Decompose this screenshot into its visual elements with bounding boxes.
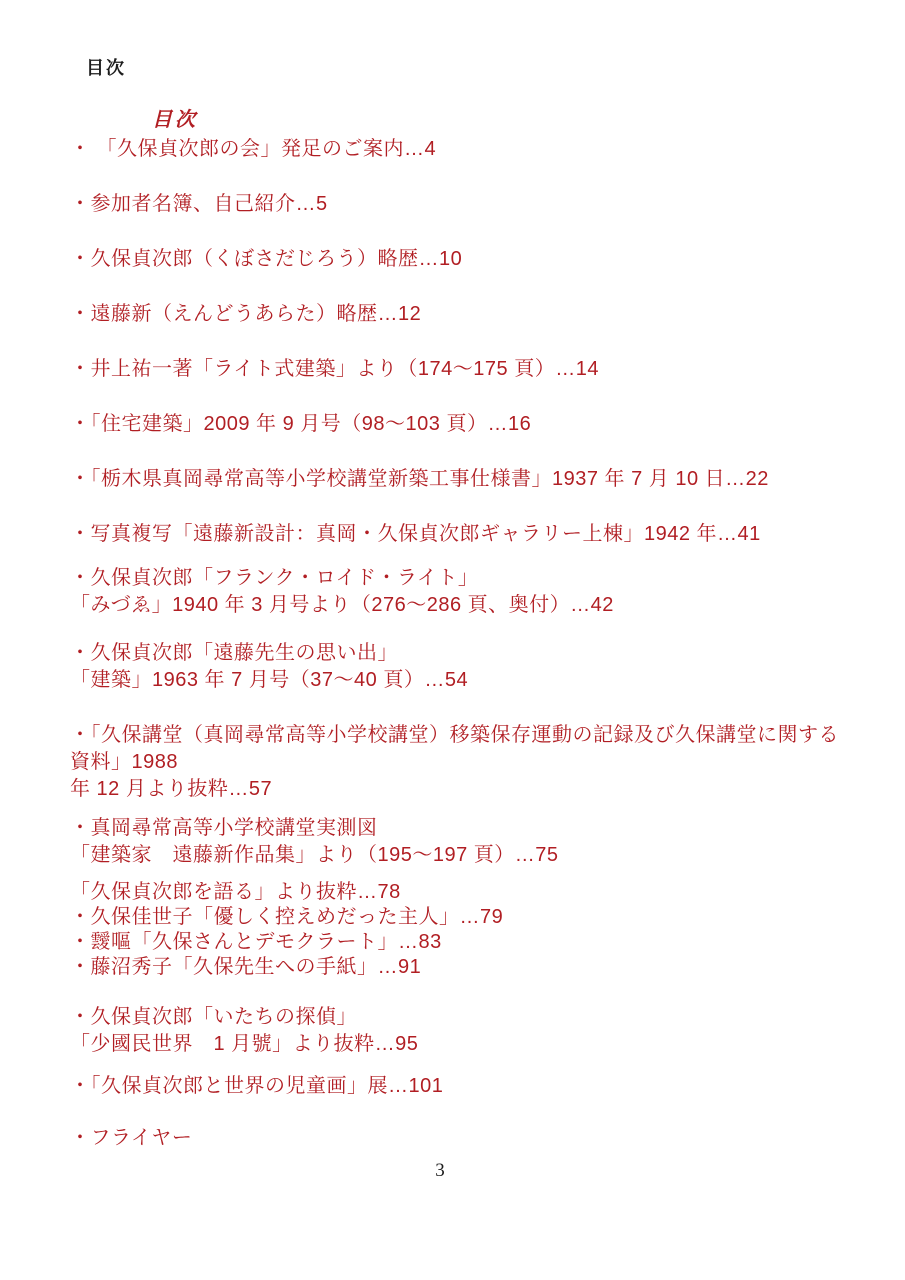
toc-entry: ・「栃木県真岡尋常高等小学校講堂新築工事仕様書」1937 年 7 月 10 日…… — [70, 466, 852, 493]
toc-entry-line: 年 12 月より抜粋…57 — [70, 776, 852, 803]
page-number: 3 — [0, 1160, 880, 1182]
toc-entry-line: ・参加者名簿、自己紹介…5 — [70, 191, 852, 218]
toc-entry-line: ・遠藤新（えんどうあらた）略歴…12 — [70, 301, 852, 328]
toc-entry: ・久保貞次郎「遠藤先生の思い出」 「建築」1963 年 7 月号（37～40 頁… — [70, 640, 852, 694]
document-header-label: 目次 — [86, 54, 126, 80]
toc-entry-line: ・「住宅建築」2009 年 9 月号（98～103 頁）…16 — [70, 411, 852, 438]
toc-entry: ・参加者名簿、自己紹介…5 — [70, 191, 852, 218]
toc-entry-line: ・久保貞次郎「遠藤先生の思い出」 — [70, 640, 852, 667]
toc-entry: ・久保貞次郎「フランク・ロイド・ライト」 「みづゑ」1940 年 3 月号より（… — [70, 565, 852, 619]
toc-entry-group: 「久保貞次郎を語る」より抜粋…78 ・久保佳世子「優しく控えめだった主人」…79… — [70, 880, 852, 980]
toc-entry: ・井上祐一著「ライト式建築」より（174～175 頁）…14 — [70, 356, 852, 383]
toc-entry-line: ・写真複写「遠藤新設計：真岡・久保貞次郎ギャラリー上棟」1942 年…41 — [70, 521, 852, 548]
toc-entry: ・「住宅建築」2009 年 9 月号（98～103 頁）…16 — [70, 411, 852, 438]
toc-entry-line: ・フライヤー — [70, 1125, 852, 1152]
toc-entry-line: ・藤沼秀子「久保先生への手紙」…91 — [70, 955, 852, 980]
toc-entry-line: ・久保佳世子「優しく控えめだった主人」…79 — [70, 905, 852, 930]
toc-entry-line: ・久保貞次郎「いたちの探偵」 — [70, 1004, 852, 1031]
toc-entry: ・ 「久保貞次郎の会」発足のご案内…4 — [70, 136, 852, 163]
toc-entry: ・久保貞次郎「いたちの探偵」 「少國民世界 1 月號」より抜粋…95 — [70, 1004, 852, 1058]
table-of-contents: 目次 ・ 「久保貞次郎の会」発足のご案内…4 ・参加者名簿、自己紹介…5 ・久保… — [70, 107, 852, 1152]
toc-entry-line: ・久保貞次郎「フランク・ロイド・ライト」 — [70, 565, 852, 592]
toc-entry-line: ・真岡尋常高等小学校講堂実測図 — [70, 815, 852, 842]
toc-entry-line: ・「久保講堂（真岡尋常高等小学校講堂）移築保存運動の記録及び久保講堂に関する資料… — [70, 722, 852, 776]
toc-entry-line: ・靉嘔「久保さんとデモクラート」…83 — [70, 930, 852, 955]
toc-entry-line: 「建築家 遠藤新作品集」より（195～197 頁）…75 — [70, 842, 852, 869]
toc-entry-line: 「みづゑ」1940 年 3 月号より（276～286 頁、奥付）…42 — [70, 592, 852, 619]
document-page: 目次 目次 ・ 「久保貞次郎の会」発足のご案内…4 ・参加者名簿、自己紹介…5 … — [0, 0, 905, 1280]
toc-entry: ・遠藤新（えんどうあらた）略歴…12 — [70, 301, 852, 328]
toc-entry-line: 「少國民世界 1 月號」より抜粋…95 — [70, 1031, 852, 1058]
toc-entry-line: ・久保貞次郎（くぼさだじろう）略歴…10 — [70, 246, 852, 273]
toc-entry-line: ・井上祐一著「ライト式建築」より（174～175 頁）…14 — [70, 356, 852, 383]
toc-entry-line: 「建築」1963 年 7 月号（37～40 頁）…54 — [70, 667, 852, 694]
toc-entry-line: ・「久保貞次郎と世界の児童画」展…101 — [70, 1073, 852, 1100]
toc-entry-line: ・ 「久保貞次郎の会」発足のご案内…4 — [70, 136, 852, 163]
toc-entry: ・真岡尋常高等小学校講堂実測図 「建築家 遠藤新作品集」より（195～197 頁… — [70, 815, 852, 869]
toc-entry: ・写真複写「遠藤新設計：真岡・久保貞次郎ギャラリー上棟」1942 年…41 — [70, 521, 852, 548]
toc-entry: ・「久保貞次郎と世界の児童画」展…101 — [70, 1073, 852, 1100]
toc-title: 目次 — [70, 107, 852, 134]
toc-entry: ・「久保講堂（真岡尋常高等小学校講堂）移築保存運動の記録及び久保講堂に関する資料… — [70, 722, 852, 803]
toc-entry-line: ・「栃木県真岡尋常高等小学校講堂新築工事仕様書」1937 年 7 月 10 日…… — [70, 466, 852, 493]
toc-entry: ・久保貞次郎（くぼさだじろう）略歴…10 — [70, 246, 852, 273]
toc-entry: ・フライヤー — [70, 1125, 852, 1152]
toc-entry-line: 「久保貞次郎を語る」より抜粋…78 — [70, 880, 852, 905]
